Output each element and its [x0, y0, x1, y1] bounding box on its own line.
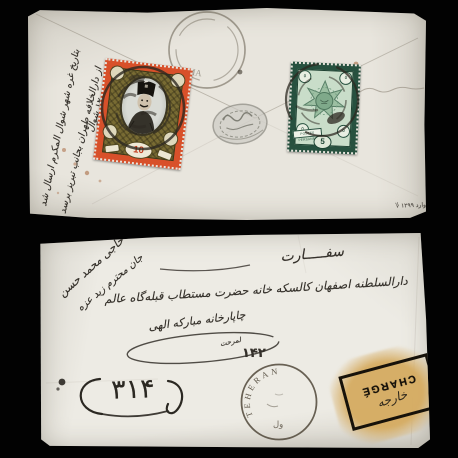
- stamp-green-value: 5: [313, 135, 332, 150]
- stamp-green-5: ٥ ٥ ٥ ٥ POSTES PERSANES 5: [287, 62, 361, 155]
- embossed-oval-seal: [211, 101, 270, 147]
- manuscript-number-142: ۱۴۲: [242, 347, 266, 361]
- top-cover: MA بتاریخ غره شهر شوال المکرم ارسال شد ا…: [28, 8, 426, 220]
- shah-portrait: [119, 76, 169, 137]
- manuscript-number-314: ۳۱۴: [96, 375, 171, 406]
- stamp-orange-10: 10: [93, 58, 193, 170]
- bottom-cover: حاجی محمد حسن جان محترم زید عزه سفـــــا…: [38, 233, 430, 448]
- pencil-scribble: [360, 87, 424, 92]
- topword-tail: [160, 265, 250, 271]
- photo-stage: MA بتاریخ غره شهر شوال المکرم ارسال شد ا…: [0, 0, 458, 458]
- shah-portrait-oval: [116, 73, 171, 138]
